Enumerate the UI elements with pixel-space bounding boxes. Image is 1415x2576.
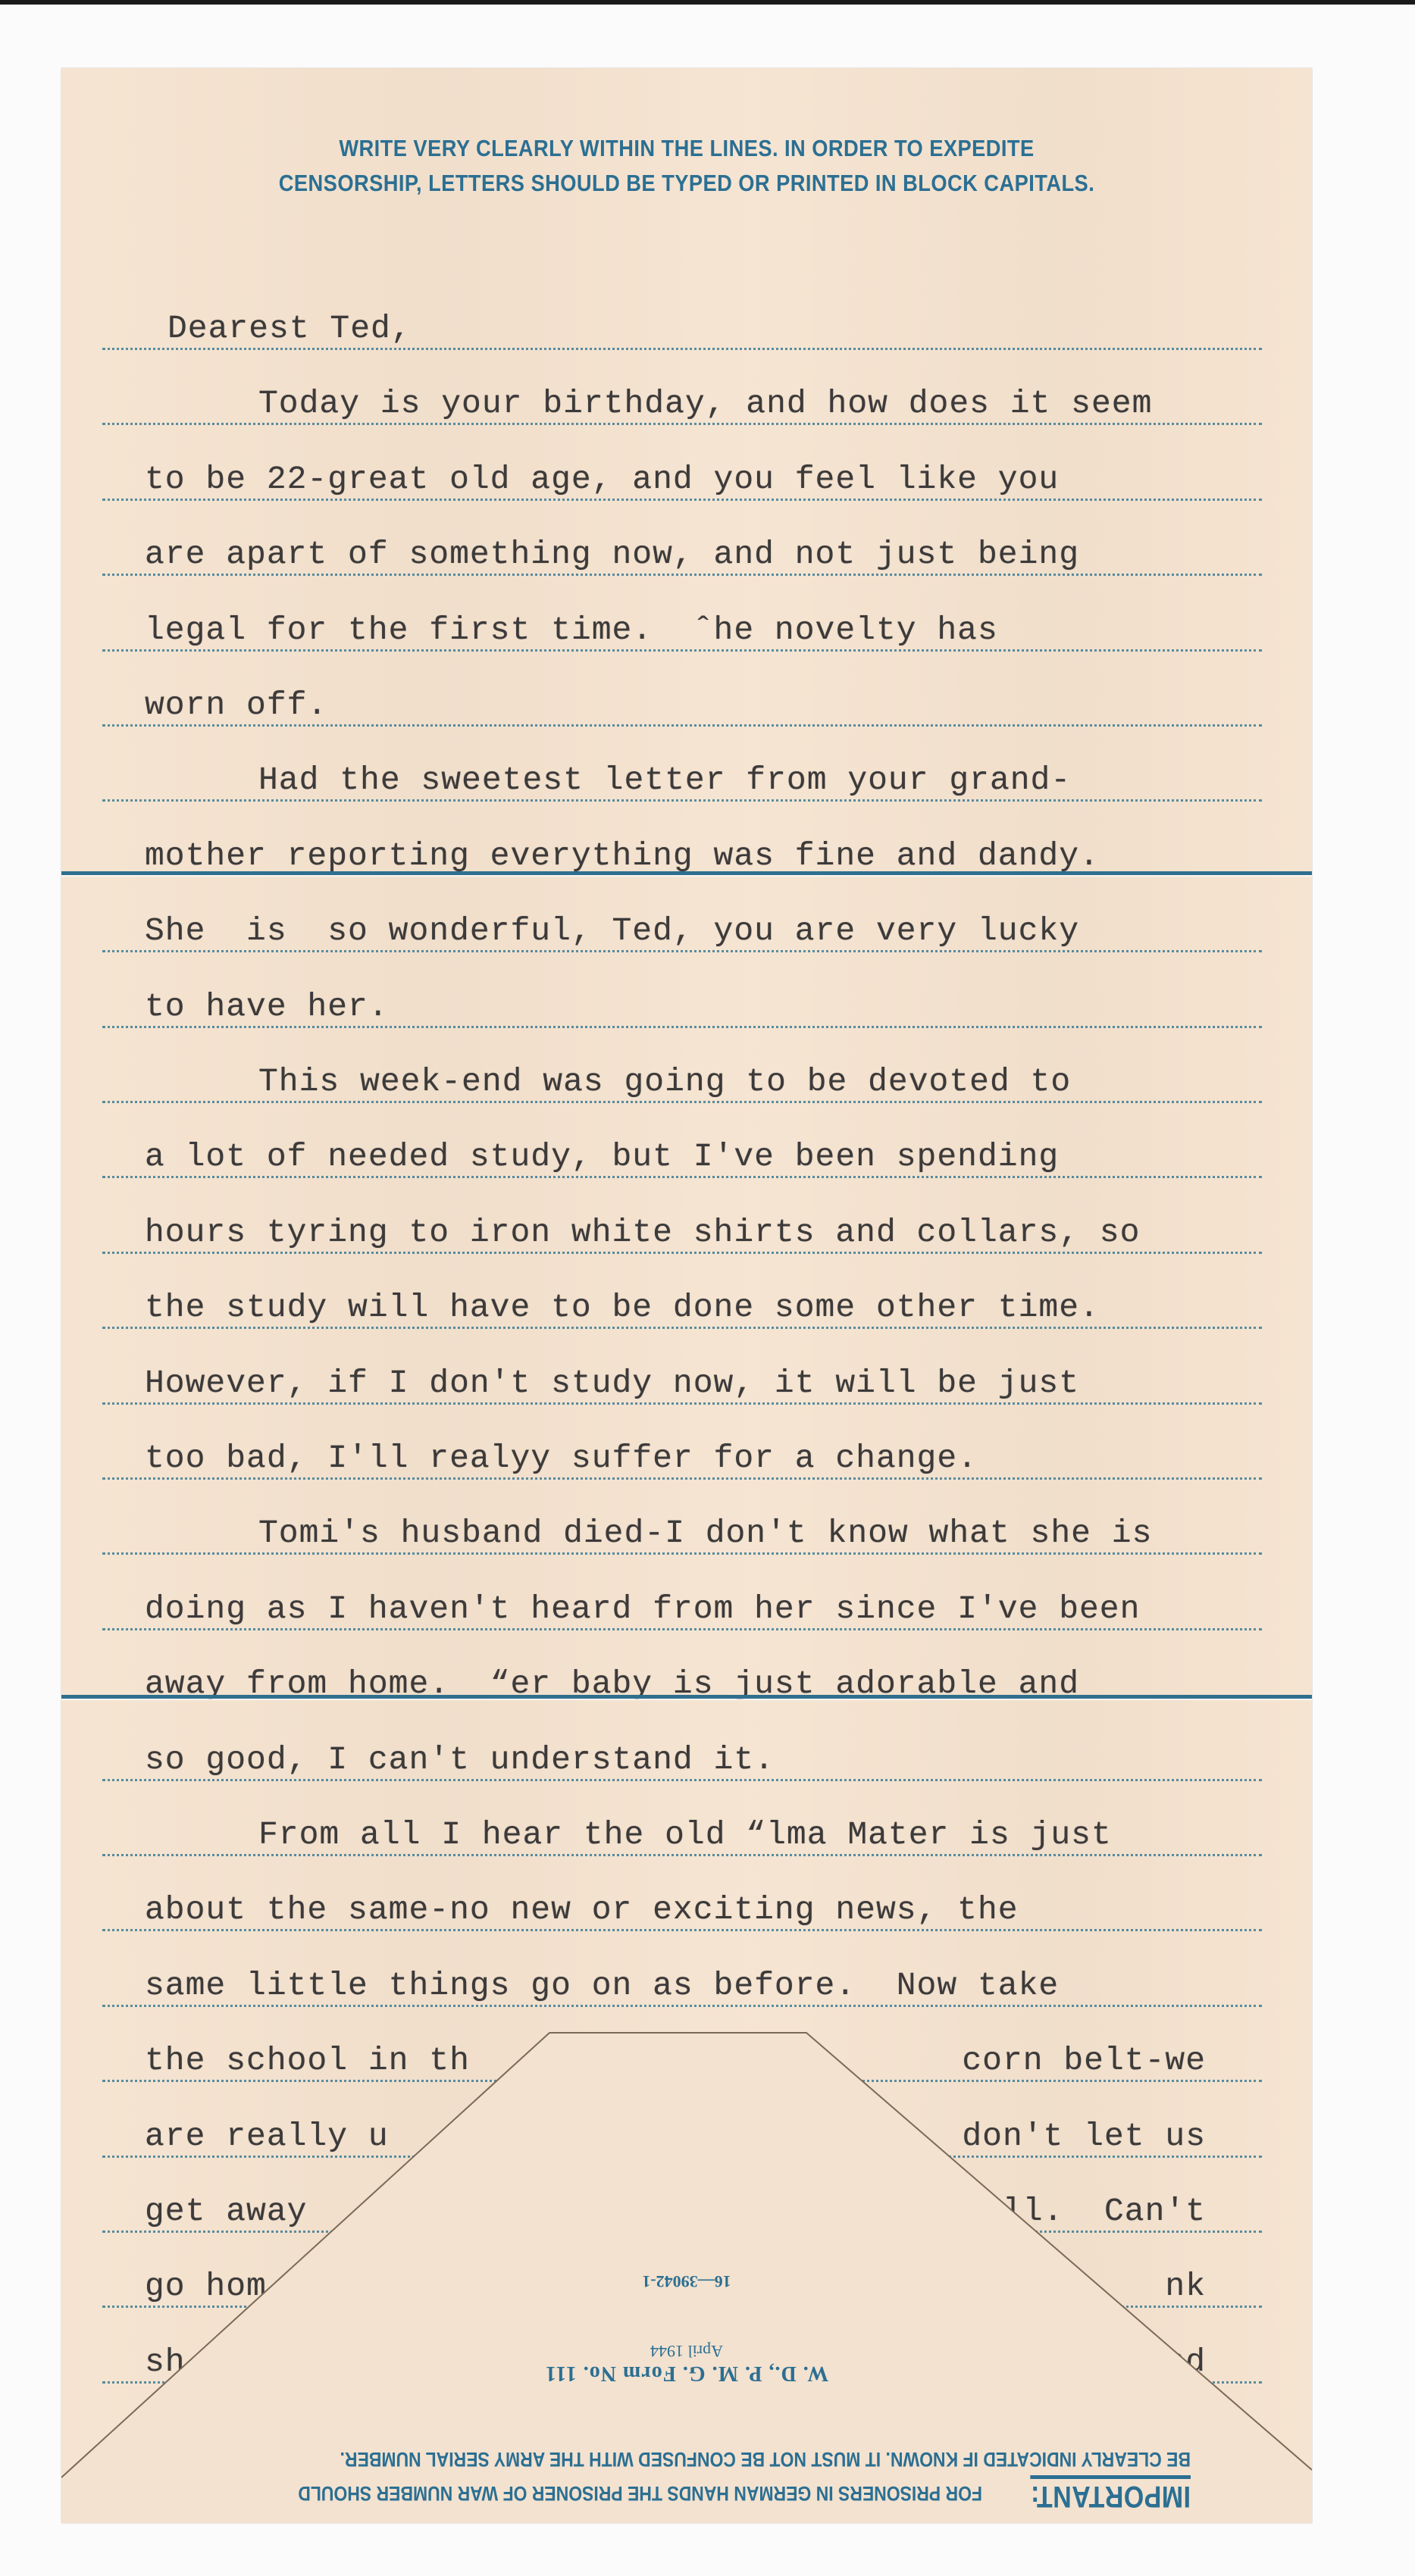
- letter-line: legal for the first time. ˆhe novelty ha…: [145, 611, 998, 649]
- letter-line: mother reporting everything was fine and…: [145, 837, 1100, 874]
- ruled-line: [102, 950, 1262, 952]
- ruled-line: [102, 2080, 1262, 2082]
- ruled-line: [102, 1252, 1262, 1254]
- letter-line: the study will have to be done some othe…: [145, 1289, 1100, 1326]
- letter-line: a lot of needed study, but I've been spe…: [145, 1138, 1059, 1175]
- letter-line: worn off.: [145, 686, 327, 724]
- important-line-1: FOR PRISONERS IN GERMAN HANDS THE PRISON…: [299, 2481, 983, 2505]
- letter-line: However, if I don't study now, it will b…: [145, 1365, 1079, 1402]
- letter-line: the school in th: [145, 2042, 470, 2079]
- letter-line-fragment: corn belt-we: [962, 2042, 1206, 2079]
- form-instruction-line-2: CENSORSHIP, LETTERS SHOULD BE TYPED OR P…: [136, 170, 1237, 197]
- letter-line: too bad, I'll realyy suffer for a change…: [145, 1440, 978, 1477]
- letter-line: hours tyring to iron white shirts and co…: [145, 1214, 1140, 1251]
- ruled-line: [102, 1779, 1262, 1781]
- letter-line: Dearest Ted,: [167, 310, 412, 347]
- ruled-line: [102, 574, 1262, 576]
- ruled-line: [102, 2231, 1262, 2233]
- letter-line: She is so wonderful, Ted, you are very l…: [145, 912, 1079, 949]
- important-notice: IMPORTANT: FOR PRISONERS IN GERMAN HANDS…: [183, 2447, 1191, 2513]
- ruled-line: [102, 1176, 1262, 1178]
- ruled-line: [102, 2005, 1262, 2007]
- letter-line: Had the sweetest letter from your grand-: [258, 761, 1071, 799]
- letter-line: to be 22-great old age, and you feel lik…: [145, 461, 1059, 498]
- ruled-line: [102, 1477, 1262, 1480]
- letter-line: to have her.: [145, 988, 389, 1025]
- letter-line: go hom: [145, 2268, 267, 2305]
- ruled-line: [102, 724, 1262, 727]
- ruled-line: [102, 348, 1262, 350]
- ruled-line: [102, 423, 1262, 425]
- letter-line-fragment: nd: [1165, 2343, 1206, 2381]
- letter-line: Today is your birthday, and how does it …: [258, 385, 1152, 422]
- ruled-line: [102, 1628, 1262, 1630]
- letter-line-fragment: nk: [1165, 2268, 1206, 2305]
- letter-line: so good, I can't understand it.: [145, 1741, 775, 1778]
- fold-line-upper: [61, 871, 1312, 875]
- letter-line: Tomi's husband died-I don't know what sh…: [258, 1515, 1152, 1552]
- letter-line-fragment: don't let us: [962, 2118, 1206, 2155]
- letter-line: This week-end was going to be devoted to: [258, 1063, 1071, 1100]
- letter-line: get away: [145, 2193, 307, 2230]
- ruled-line: [102, 1929, 1262, 1931]
- letter-line: about the same-no new or exciting news, …: [145, 1891, 1019, 1928]
- ruled-line: [102, 2306, 1262, 2308]
- important-line-2: BE CLEARLY INDICATED IF KNOWN. IT MUST N…: [334, 2447, 1191, 2471]
- ruled-line: [102, 1327, 1262, 1329]
- ruled-line: [102, 2156, 1262, 2158]
- ruled-line: [102, 499, 1262, 501]
- ruled-line: [102, 799, 1262, 802]
- ruled-line: [102, 1026, 1262, 1028]
- letter-line: From all I hear the old “lma Mater is ju…: [258, 1816, 1112, 1853]
- letter-line-fragment: ll. Can't: [1003, 2193, 1206, 2230]
- ruled-line: [102, 649, 1262, 652]
- letter-line: are apart of something now, and not just…: [145, 536, 1079, 573]
- important-label: IMPORTANT:: [1031, 2475, 1191, 2513]
- letter-sheet: WRITE VERY CLEARLY WITHIN THE LINES. IN …: [61, 68, 1312, 2523]
- form-instruction-line-1: WRITE VERY CLEARLY WITHIN THE LINES. IN …: [136, 135, 1237, 162]
- letter-line: are really u: [145, 2118, 389, 2155]
- ruled-line: [102, 1101, 1262, 1103]
- letter-line: same little things go on as before. Now …: [145, 1967, 1059, 2004]
- ruled-line: [102, 1854, 1262, 1856]
- scan-top-border: [0, 0, 1415, 5]
- letter-line: doing as I haven't heard from her since …: [145, 1590, 1140, 1627]
- form-date: April 1944: [61, 2341, 1312, 2361]
- letter-line: sh: [145, 2343, 186, 2381]
- fold-line-lower: [61, 1695, 1312, 1699]
- ruled-line: [102, 2381, 1262, 2384]
- ruled-line: [102, 1552, 1262, 1555]
- ruled-line: [102, 1402, 1262, 1405]
